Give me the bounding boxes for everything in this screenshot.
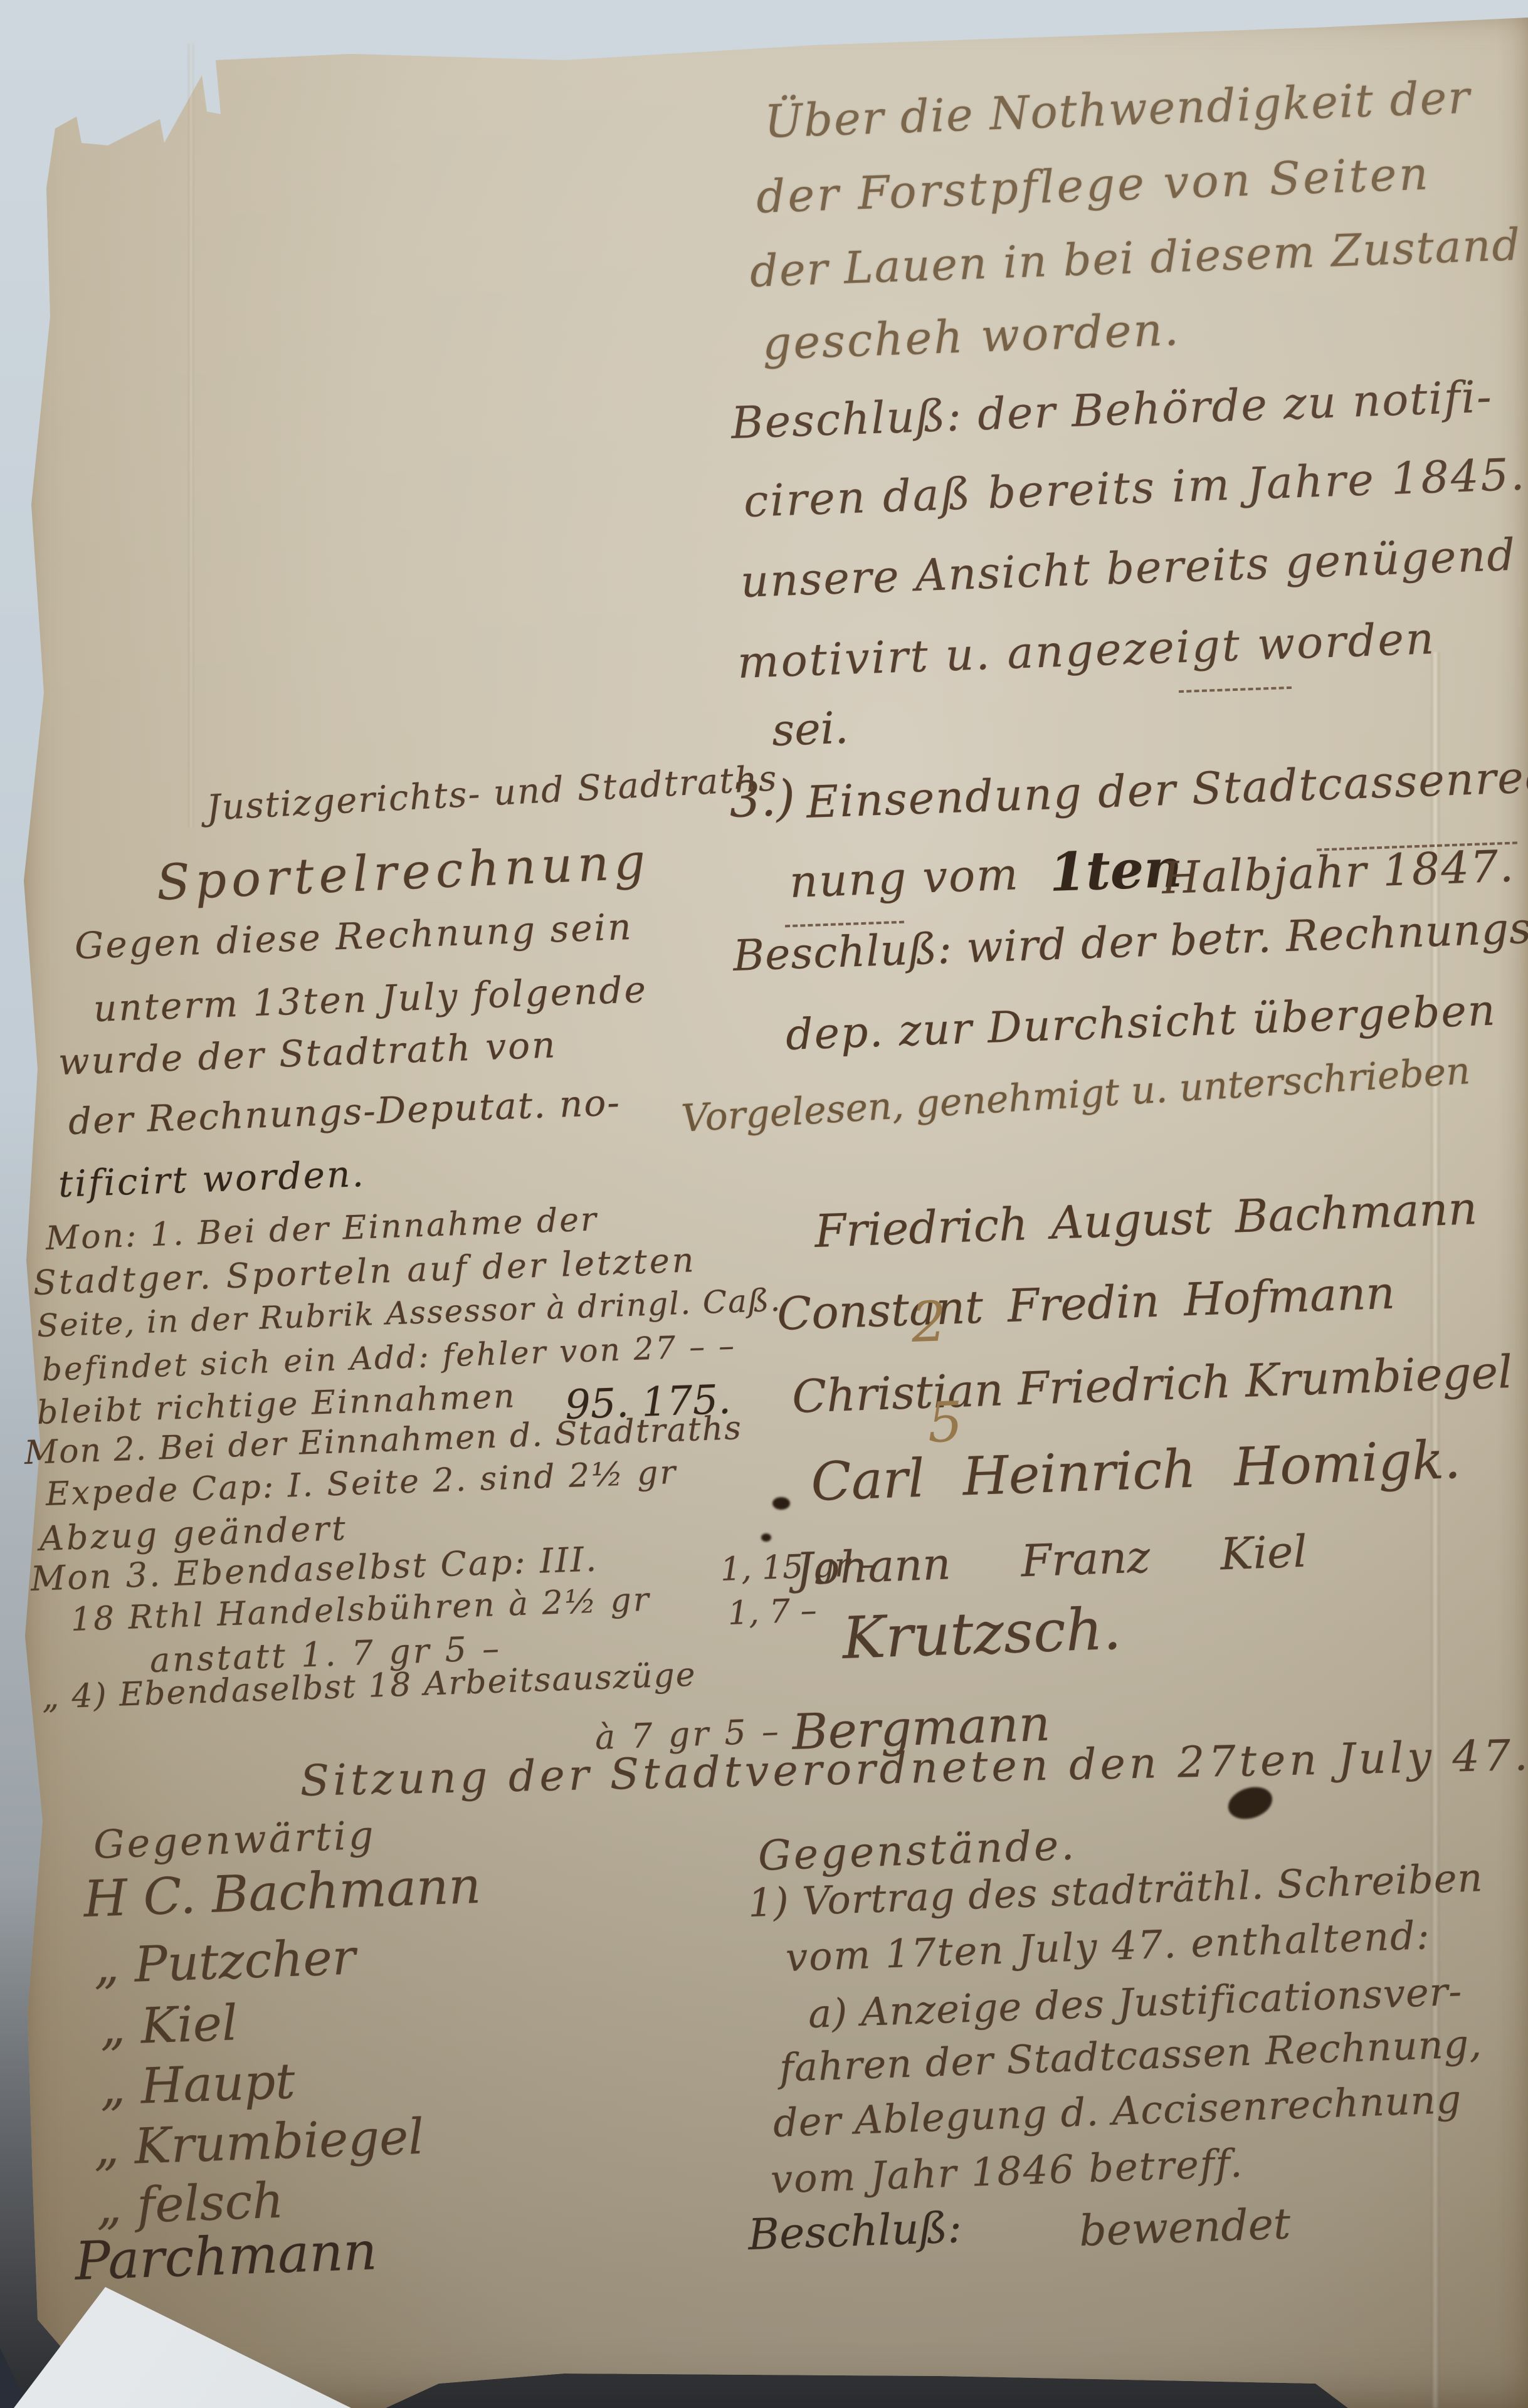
attendee-name: H C. Bachmann: [83, 1861, 482, 1925]
handwritten-line: vom 17ten July 47. enthaltend:: [785, 1916, 1431, 1977]
handwritten-line: ciren daß bereits im Jahre 1845.: [743, 452, 1527, 523]
attendee-name: Parchmann: [74, 2224, 378, 2288]
handwritten-line: bewendet: [1078, 2203, 1291, 2253]
handwritten-line: der Lauen in bei diesem Zustand: [749, 223, 1522, 293]
handwritten-line: Vorgelesen, genehmigt u. unterschrieben: [680, 1052, 1471, 1138]
handwritten-line: Beschluß:: [747, 2207, 962, 2257]
handwritten-line: vom Jahr 1846 betreff.: [770, 2144, 1244, 2199]
handwritten-line: Über die Nothwendigkeit der: [764, 75, 1472, 144]
handwritten-line: unsere Ansicht bereits genügend: [740, 533, 1517, 604]
attendee-name: „ felsch: [95, 2177, 285, 2232]
handwritten-line: gescheh worden.: [762, 307, 1181, 366]
photo-of-document: Über die Nothwendigkeit derder Forstpfle…: [0, 0, 1528, 2408]
handwritten-line: Sportelrechnung: [155, 838, 651, 908]
subjects-header: Gegenstände.: [757, 1824, 1077, 1877]
attendee-name: „ Kiel: [99, 1999, 238, 2053]
handwritten-line: motivirt u. angezeigt worden: [737, 616, 1436, 685]
handwritten-line: unterm 13ten July folgende: [93, 971, 648, 1027]
handwritten-line: wurde der Stadtrath von: [58, 1026, 557, 1080]
handwritten-line: 2: [910, 1294, 947, 1350]
handwritten-line: 5: [927, 1394, 964, 1451]
text-layer: Über die Nothwendigkeit derder Forstpfle…: [0, 0, 1528, 2408]
handwritten-line: der Forstpflege von Seiten: [756, 150, 1431, 219]
handwritten-line: Einsendung der Stadtcassenrech-: [806, 753, 1528, 824]
handwritten-line: der Ablegung d. Accisenrechnung: [772, 2080, 1462, 2143]
handwritten-line: nung vom: [789, 852, 1020, 904]
handwritten-line: Justizgerichts- und Stadtraths: [206, 761, 779, 826]
handwritten-line: sei.: [771, 706, 849, 752]
handwritten-line: tificirt worden.: [58, 1155, 366, 1202]
signature-name: Carl Heinrich Homigk.: [810, 1433, 1462, 1508]
ink-blot: [772, 1497, 790, 1510]
attendee-name: „ Haupt: [99, 2057, 296, 2113]
handwritten-line: Halbjahr 1847.: [1161, 844, 1515, 900]
handwritten-line: Beschluß: wird der betr. Rechnungs-: [732, 907, 1528, 978]
session-title-line: Sitzung der Stadtverordneten den 27ten J…: [300, 1735, 1528, 1803]
attendee-name: „ Krumbiegel: [93, 2113, 424, 2173]
signature-name: Friedrich August Bachmann: [814, 1186, 1478, 1254]
handwritten-line: 1, 7 –: [727, 1594, 817, 1630]
handwritten-line: 1, 15 gr –: [720, 1548, 877, 1586]
present-header: Gegenwärtig: [93, 1816, 377, 1864]
attendee-name: „ Putzcher: [93, 1933, 356, 1991]
handwritten-line: Beschluß: der Behörde zu notifi-: [730, 375, 1494, 445]
ink-blot: [761, 1533, 771, 1542]
handwritten-line: der Rechnungs-Deputat. no-: [68, 1084, 621, 1140]
signature-name: Christian Friedrich Krumbiegel: [791, 1349, 1513, 1419]
signature-name: Krutzsch.: [841, 1600, 1122, 1667]
handwritten-line: dep. zur Durchsicht übergeben: [785, 989, 1497, 1057]
handwritten-line: „ 4) Ebendaselbst 18 Arbeitsauszüge: [41, 1659, 697, 1714]
signature-name: Constant Fredin Hofmann: [776, 1270, 1396, 1337]
handwritten-line: à 7 gr 5 –: [594, 1715, 782, 1755]
handwritten-line: Gegen diese Rechnung sein: [74, 908, 633, 964]
